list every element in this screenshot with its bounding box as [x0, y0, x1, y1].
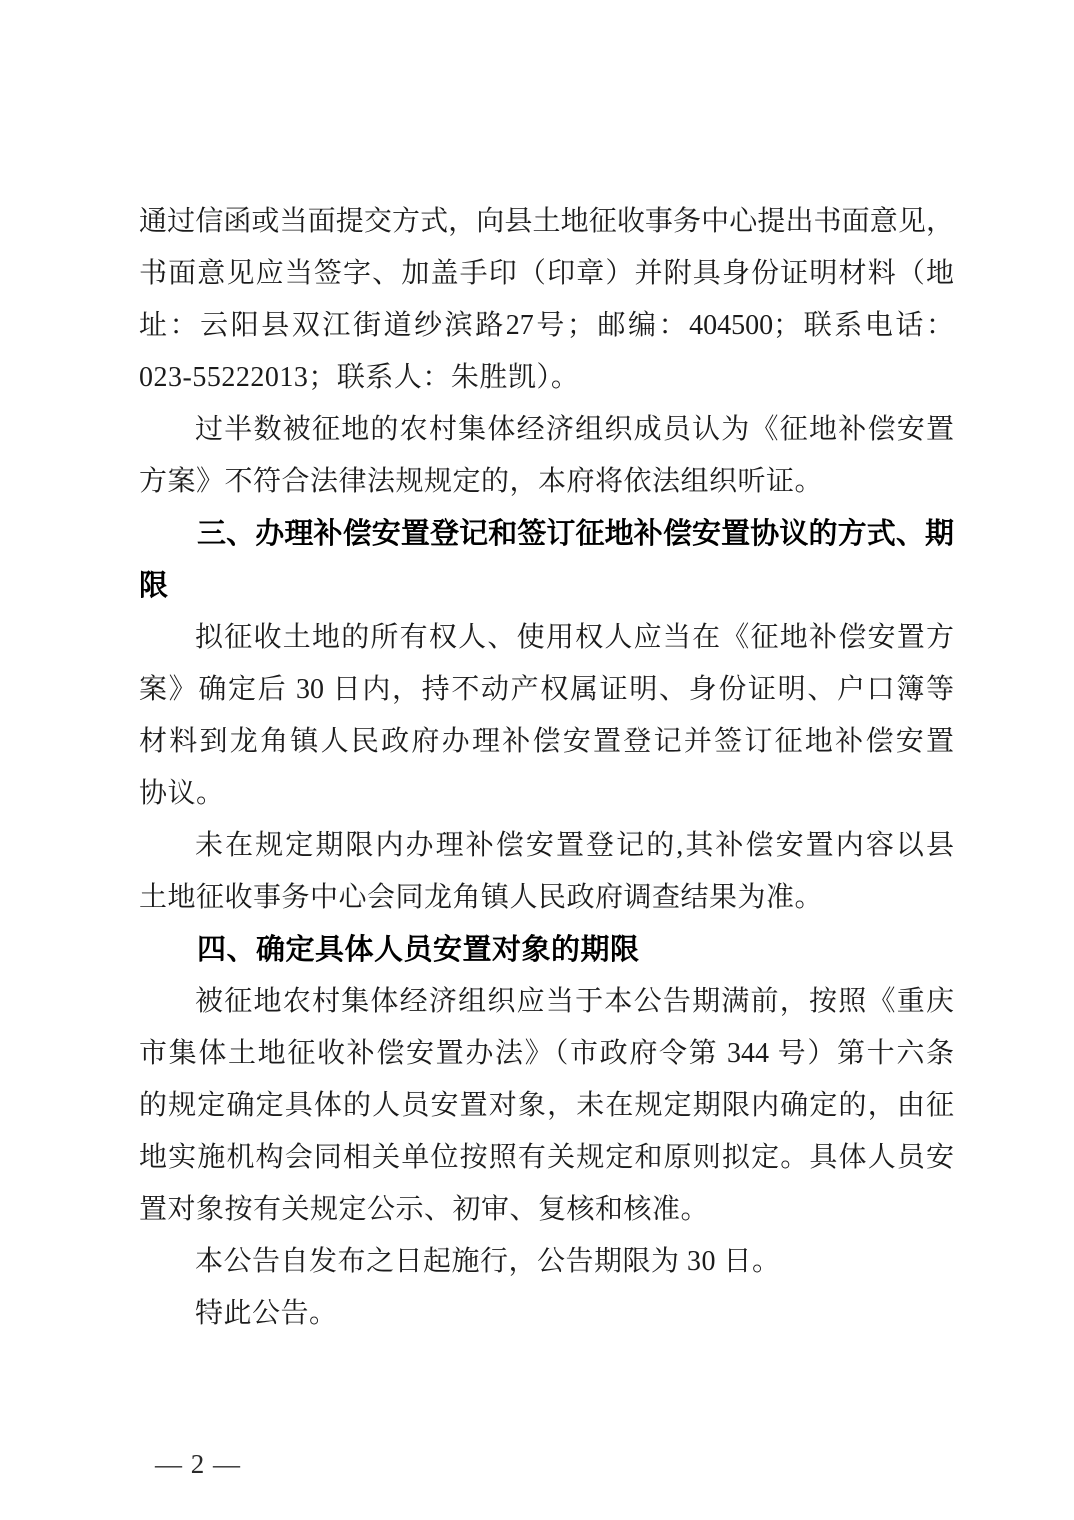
document-line: 未在规定期限内办理补偿安置登记的,其补偿安置内容以县	[139, 820, 954, 872]
document-page: 通过信函或当面提交方式，向县土地征收事务中心提出书面意见，书面意见应当签字、加盖…	[0, 0, 1074, 1520]
section-heading-line: 三、办理补偿安置登记和签订征地补偿安置协议的方式、期	[139, 508, 954, 560]
document-line: 书面意见应当签字、加盖手印（印章）并附具身份证明材料（地	[139, 248, 954, 300]
page-footer: — 2 —	[155, 1444, 241, 1484]
document-line: 土地征收事务中心会同龙角镇人民政府调查结果为准。	[139, 872, 954, 924]
document-line: 置对象按有关规定公示、初审、复核和核准。	[139, 1184, 954, 1236]
document-line: 通过信函或当面提交方式，向县土地征收事务中心提出书面意见，	[139, 196, 954, 248]
document-line: 方案》不符合法律法规规定的，本府将依法组织听证。	[139, 456, 954, 508]
document-line: 本公告自发布之日起施行，公告期限为 30 日。	[139, 1236, 954, 1288]
document-line: 协议。	[139, 768, 954, 820]
document-body: 通过信函或当面提交方式，向县土地征收事务中心提出书面意见，书面意见应当签字、加盖…	[139, 196, 954, 1340]
document-line: 址：云阳县双江街道纱滨路27号；邮编：404500；联系电话：	[139, 300, 954, 352]
page-number: — 2 —	[155, 1449, 241, 1479]
section-heading-line: 四、确定具体人员安置对象的期限	[139, 924, 954, 976]
document-line: 材料到龙角镇人民政府办理补偿安置登记并签订征地补偿安置	[139, 716, 954, 768]
document-line: 的规定确定具体的人员安置对象，未在规定期限内确定的，由征	[139, 1080, 954, 1132]
document-line: 被征地农村集体经济组织应当于本公告期满前，按照《重庆	[139, 976, 954, 1028]
document-line: 市集体土地征收补偿安置办法》（市政府令第 344 号）第十六条	[139, 1028, 954, 1080]
document-line: 地实施机构会同相关单位按照有关规定和原则拟定。具体人员安	[139, 1132, 954, 1184]
document-line: 拟征收土地的所有权人、使用权人应当在《征地补偿安置方	[139, 612, 954, 664]
document-line: 特此公告。	[139, 1288, 954, 1340]
document-line: 023-55222013；联系人：朱胜凯）。	[139, 352, 954, 404]
document-line: 过半数被征地的农村集体经济组织成员认为《征地补偿安置	[139, 404, 954, 456]
section-heading-line: 限	[139, 560, 954, 612]
document-line: 案》确定后 30 日内，持不动产权属证明、身份证明、户口簿等	[139, 664, 954, 716]
